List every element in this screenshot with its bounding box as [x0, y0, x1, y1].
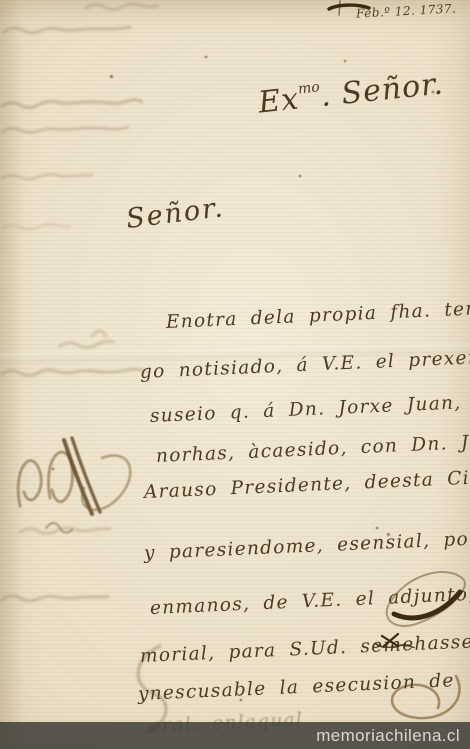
foxing-spot: [109, 74, 114, 79]
manuscript-scan: Feb.º 12. 1737. Exmo. Señor. Señor. Enot…: [0, 0, 470, 749]
body-line: Arauso Presidente, deesta Ciudad: [144, 466, 470, 503]
foxing-spot: [343, 59, 347, 63]
foxing-spot: [204, 55, 208, 59]
foxing-spot: [51, 467, 55, 471]
foxing-spot: [298, 174, 302, 178]
body-line: enmanos, de V.E. el adjunto, me: [150, 582, 470, 619]
foxing-spot: [375, 526, 379, 530]
salutation: Señor.: [124, 192, 226, 235]
body-line: norhas, àcaesido, con Dn. Jph. de: [156, 429, 470, 467]
watermark-text: memoriachilena.cl: [316, 726, 460, 746]
watermark-band: memoriachilena.cl: [0, 722, 470, 749]
heading-superscript: mo: [297, 79, 320, 97]
body-line: ynescusable la esecusion de: [138, 670, 456, 705]
letter-heading: Exmo. Señor.: [257, 66, 446, 120]
rubric-flourish-icon: [6, 428, 138, 544]
heading-rest: . Señor.: [319, 66, 445, 114]
body-line: suseio q. á Dn. Jorxe Juan, y ann: [150, 389, 470, 427]
body-line: y paresiendome, esensial, poner: [144, 527, 470, 564]
body-line: morial, para S.Ud. semehasse: [140, 631, 470, 667]
body-line: Enotra dela propia fha. ten: [166, 298, 470, 333]
heading-ex: Ex: [257, 82, 301, 121]
